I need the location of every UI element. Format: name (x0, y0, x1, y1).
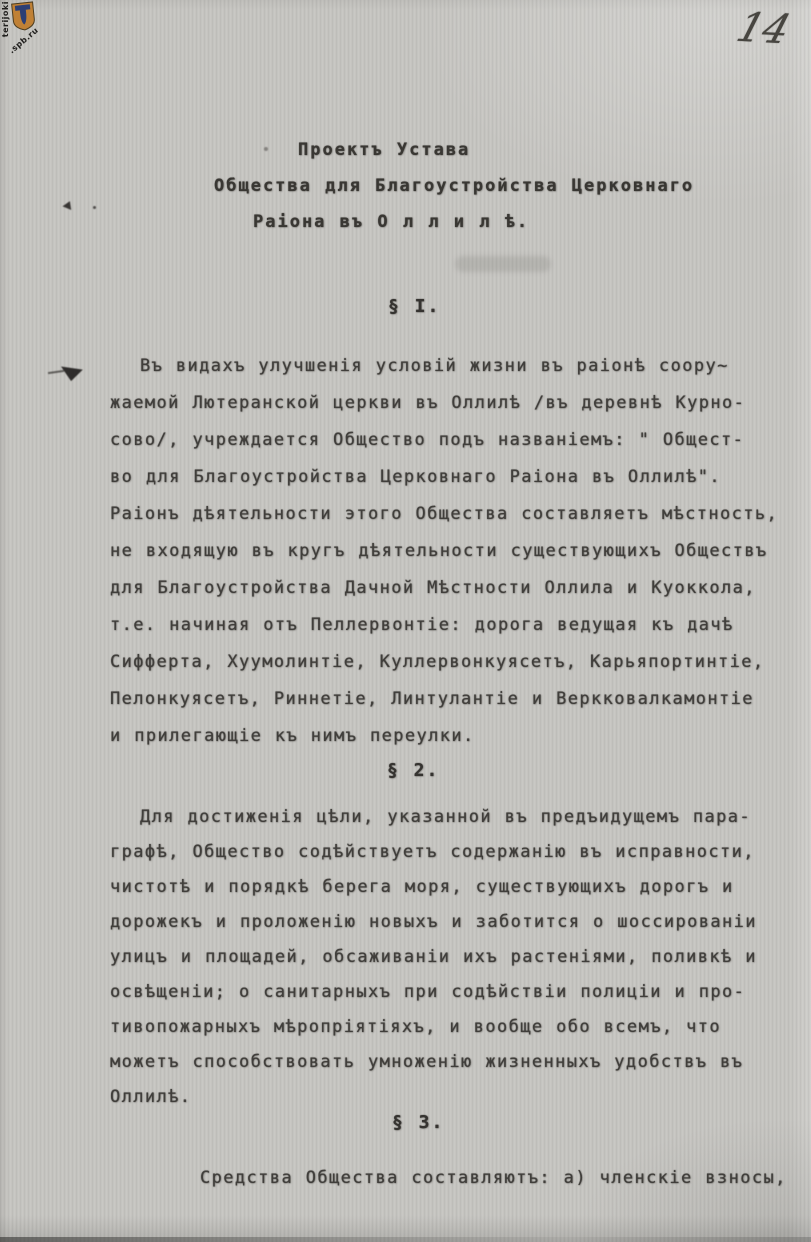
ink-speck (93, 206, 96, 209)
faint-smudge (455, 256, 551, 272)
text-line: Раіонъ дѣятельности этого Общества соста… (110, 496, 810, 533)
text-line: Средства Общества составляютъ: а) членск… (200, 1160, 811, 1197)
text-line: Оллилѣ. (110, 1080, 810, 1115)
document-title-line1: Проектъ Устава (298, 140, 470, 160)
section-1-paragraph: Въ видахъ улучшенія условій жизни въ раі… (110, 348, 810, 755)
scan-bottom-edge (0, 1237, 811, 1242)
terijoki-watermark: terijoki .spb.ru (0, 0, 60, 64)
text-line: чистотѣ и порядкѣ берега моря, существую… (110, 870, 810, 905)
section-3-paragraph: Средства Общества составляютъ: а) членск… (200, 1160, 811, 1197)
arrow-head (59, 367, 83, 383)
text-line: и прилегающіе къ нимъ переулки. (110, 718, 810, 755)
text-line: Для достиженія цѣли, указанной въ предъи… (110, 800, 810, 835)
text-line: во для Благоустройства Церковнаго Раіона… (110, 459, 810, 496)
text-line: улицъ и площадей, обсаживаніи ихъ растен… (110, 940, 810, 975)
text-line: можетъ способствовать умноженію жизненны… (110, 1045, 810, 1080)
ink-speck (264, 147, 268, 151)
text-line: графѣ, Общество содѣйствуетъ содержанію … (110, 835, 810, 870)
text-line: тивопожарныхъ мѣропріятіяхъ, и вообще об… (110, 1010, 810, 1045)
text-line: не входящую въ кругъ дѣятельности сущест… (110, 533, 810, 570)
watermark-text-vertical: terijoki (1, 1, 10, 37)
text-line: дорожекъ и проложенію новыхъ и заботится… (110, 905, 810, 940)
text-line: Въ видахъ улучшенія условій жизни въ раі… (110, 348, 810, 385)
text-line: сово/, учреждается Общество подъ названі… (110, 422, 810, 459)
ink-mark (63, 201, 75, 213)
section-3-heading: § 3. (392, 1112, 444, 1133)
text-line: Сифферта, Хуумолинтіе, Куллервонкуясетъ,… (110, 644, 810, 681)
handwritten-page-number: 14 (731, 5, 795, 54)
text-line: Пелонкуясетъ, Риннетіе, Линтулантіе и Ве… (110, 681, 810, 718)
section-1-heading: § I. (388, 296, 440, 317)
section-2-paragraph: Для достиженія цѣли, указанной въ предъи… (110, 800, 810, 1115)
scanned-document-page: terijoki .spb.ru 14 Проектъ Устава Общес… (0, 0, 811, 1242)
document-title-line3: Раіона въ О л л и л ѣ. (253, 212, 529, 232)
text-line: т.е. начиная отъ Пеллервонтіе: дорога ве… (110, 607, 810, 644)
text-line: жаемой Лютеранской церкви въ Оллилѣ /въ … (110, 385, 810, 422)
text-line: освѣщеніи; о санитарныхъ при содѣйствіи … (110, 975, 810, 1010)
section-2-heading: § 2. (387, 760, 439, 781)
document-title-line2: Общества для Благоустройства Церковнаго (214, 176, 694, 196)
text-line: для Благоустройства Дачной Мѣстности Олл… (110, 570, 810, 607)
